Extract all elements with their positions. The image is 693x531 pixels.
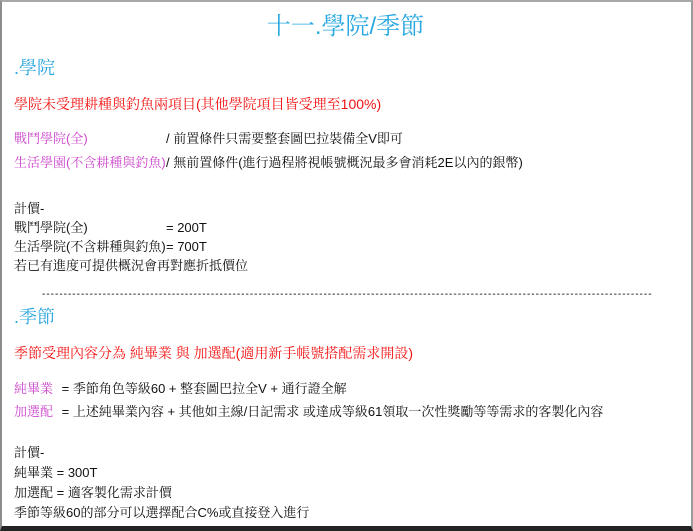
season-definition-row: 純畢業 = 季節角色等級60 + 整套圖巴拉全V + 通行證全解 (14, 380, 677, 397)
page-title: 十一.學院/季節 (14, 13, 677, 41)
season-definition-desc: = 季節角色等級60 + 整套圖巴拉全V + 通行證全解 (62, 381, 347, 396)
season-definition-label: 純畢業 (14, 381, 53, 396)
academy-pricing-title: 計價- (14, 200, 677, 217)
document-content: 十一.學院/季節 .學院 學院未受理耕種與釣魚兩項目(其他學院項目皆受理至100… (2, 13, 691, 521)
academy-progress-note: 若已有進度可提供概況會再對應折抵價位 (14, 257, 677, 274)
season-price-line: 季節等級60的部分可以選擇配合C%或直接登入進行 (14, 504, 677, 521)
academy-price-row: 生活學院(不含耕種與釣魚) = 700T (14, 238, 677, 255)
season-price-line: 加選配 = 適客製化需求計價 (14, 484, 677, 501)
season-definition-desc: = 上述純畢業內容 + 其他如主線/日記需求 或達成等級61領取一次性獎勵等等需… (62, 404, 604, 419)
academy-section-heading: .學院 (14, 58, 677, 78)
season-pricing-title: 計價- (14, 444, 677, 461)
academy-option-desc: / 無前置條件(進行過程將視帳號概況最多會消耗2E以內的銀幣) (166, 154, 523, 171)
academy-notice: 學院未受理耕種與釣魚兩項目(其他學院項目皆受理至100%) (14, 96, 677, 112)
academy-option-desc: / 前置條件只需要整套圖巴拉裝備全V即可 (166, 130, 403, 147)
academy-price-label: 戰鬥學院(全) (14, 219, 166, 236)
season-price-line: 純畢業 = 300T (14, 464, 677, 481)
season-notice: 季節受理內容分為 純畢業 與 加選配(適用新手帳號搭配需求開設) (14, 345, 677, 361)
academy-price-value: = 700T (166, 238, 207, 255)
academy-price-value: = 200T (166, 219, 207, 236)
academy-option-row: 戰鬥學院(全) / 前置條件只需要整套圖巴拉裝備全V即可 (14, 130, 677, 147)
document-page: 十一.學院/季節 .學院 學院未受理耕種與釣魚兩項目(其他學院項目皆受理至100… (0, 0, 693, 531)
season-section-heading: .季節 (14, 307, 677, 327)
academy-option-label: 生活學園(不含耕種與釣魚) (14, 154, 166, 171)
section-separator: ----------------------------------------… (42, 290, 652, 299)
season-definition-label: 加選配 (14, 404, 53, 419)
season-definition-row: 加選配 = 上述純畢業內容 + 其他如主線/日記需求 或達成等級61領取一次性獎… (14, 403, 677, 420)
academy-price-label: 生活學院(不含耕種與釣魚) (14, 238, 166, 255)
academy-option-row: 生活學園(不含耕種與釣魚) / 無前置條件(進行過程將視帳號概況最多會消耗2E以… (14, 154, 677, 171)
academy-price-row: 戰鬥學院(全) = 200T (14, 219, 677, 236)
academy-option-label: 戰鬥學院(全) (14, 130, 166, 147)
